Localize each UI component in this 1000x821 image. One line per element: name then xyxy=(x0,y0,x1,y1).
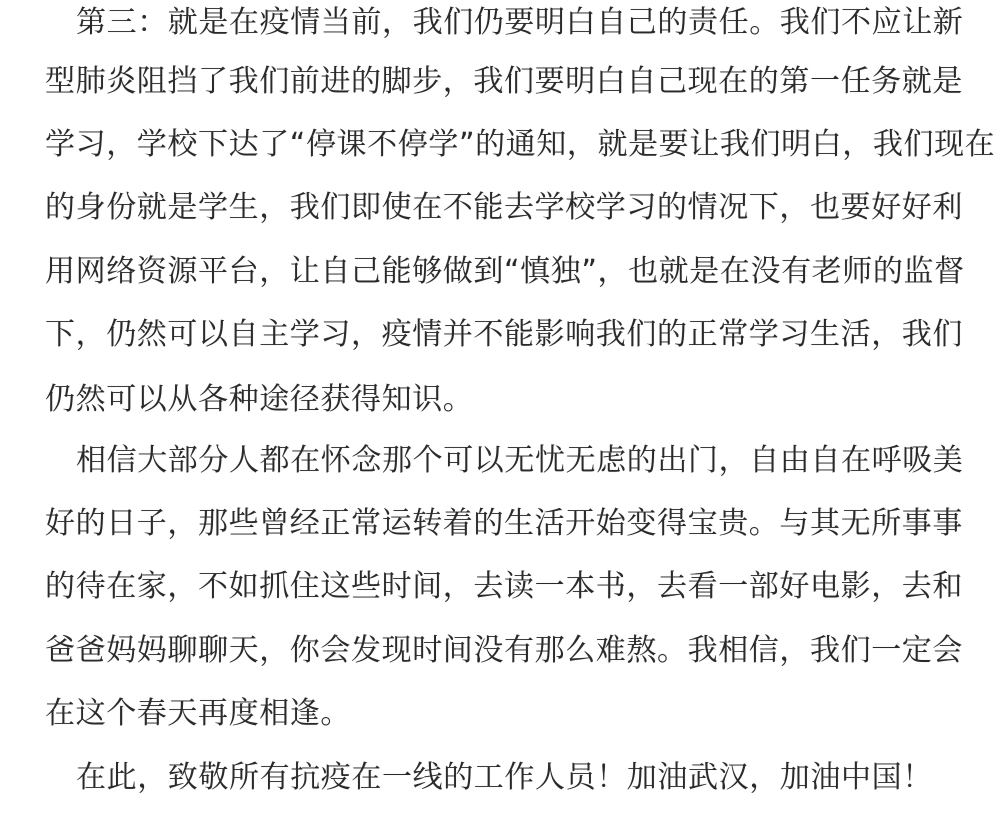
text-line: 型肺炎阻挡了我们前进的脚步，我们要明白自己现在的第一任务就是 xyxy=(45,64,963,100)
text-line: 在这个春天再度相逢。 xyxy=(45,696,351,732)
text-line: 仍然可以从各种途径获得知识。 xyxy=(45,382,473,418)
text-line: 第三：就是在疫情当前，我们仍要明白自己的责任。我们不应让新 xyxy=(76,5,963,41)
text-line: 的身份就是学生，我们即使在不能去学校学习的情况下，也要好好利 xyxy=(45,190,963,226)
text-line: 下，仍然可以自主学习，疫情并不能影响我们的正常学习生活，我们 xyxy=(45,317,963,353)
text-line: 爸爸妈妈聊聊天，你会发现时间没有那么难熬。我相信，我们一定会 xyxy=(45,633,963,669)
text-line: 学习，学校下达了“停课不停学”的通知，就是要让我们明白，我们现在 xyxy=(45,127,995,163)
text-line: 相信大部分人都在怀念那个可以无忧无虑的出门，自由自在呼吸美 xyxy=(76,443,963,479)
text-line: 在此，致敬所有抗疫在一线的工作人员！加油武汉，加油中国！ xyxy=(76,760,933,796)
text-line: 好的日子，那些曾经正常运转着的生活开始变得宝贵。与其无所事事 xyxy=(45,506,963,542)
text-line: 的待在家，不如抓住这些时间，去读一本书，去看一部好电影，去和 xyxy=(45,569,963,605)
document-page: 第三：就是在疫情当前，我们仍要明白自己的责任。我们不应让新 型肺炎阻挡了我们前进… xyxy=(0,0,1000,821)
text-line: 用网络资源平台，让自己能够做到“慎独”，也就是在没有老师的监督 xyxy=(45,254,965,290)
